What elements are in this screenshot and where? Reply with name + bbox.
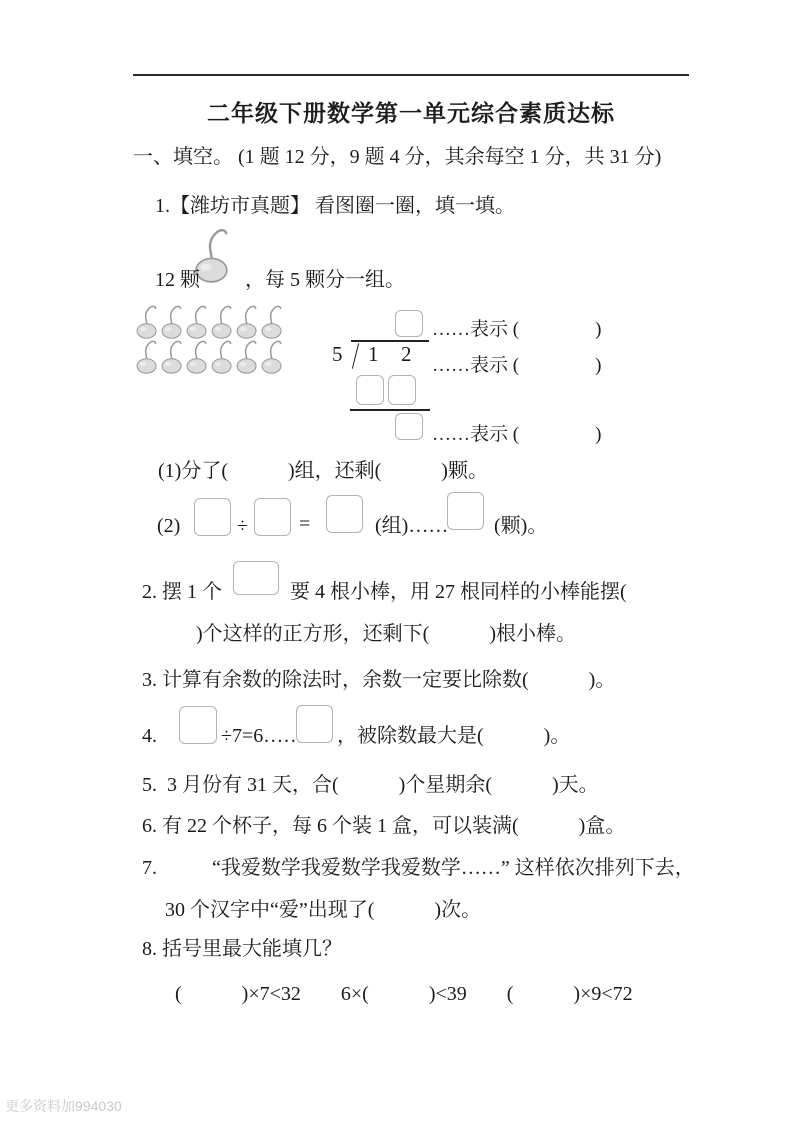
worksheet-page: 二年级下册数学第一单元综合素质达标 一、填空。 (1 题 12 分，9 题 4 … xyxy=(0,0,793,1122)
q2-line2: )个这样的正方形，还剩下( )根小棒。 xyxy=(196,622,576,647)
cherry-icon xyxy=(160,338,185,374)
q7-line2: 30 个汉字中“爱”出现了( )次。 xyxy=(165,898,481,923)
q1-stem-prefix: 12 颗 xyxy=(155,268,200,293)
q4-pre: 4. xyxy=(142,724,157,749)
cherry-icon xyxy=(185,338,210,374)
q2-line1-post: 要 4 根小棒，用 27 根同样的小棒能摆( xyxy=(290,580,627,605)
subtraction-rule xyxy=(350,409,430,411)
group-unit-label: (组)…… xyxy=(375,514,448,539)
piece-unit-label: (颗)。 xyxy=(494,514,547,539)
cherry-icon xyxy=(260,303,285,339)
divide-sign: ÷ xyxy=(237,514,248,539)
cherry-icon xyxy=(185,303,210,339)
quotient-input-box[interactable] xyxy=(326,495,363,533)
remainder-box[interactable] xyxy=(395,413,423,440)
remainder-label: ……表示 ( ) xyxy=(432,419,601,446)
cherry-icon xyxy=(210,338,235,374)
q4-post: ，被除数最大是( )。 xyxy=(337,724,570,749)
watermark-text: 更多资料加994030 xyxy=(5,1096,122,1116)
cherry-grid xyxy=(135,303,285,374)
header-rule xyxy=(133,74,689,76)
q2-line1-pre: 2. 摆 1 个 xyxy=(142,580,222,605)
cherry-row xyxy=(135,338,285,374)
q8-text: 8. 括号里最大能填几？ xyxy=(142,937,342,962)
equals-sign: = xyxy=(299,512,310,537)
cherry-icon xyxy=(235,338,260,374)
cherry-icon xyxy=(210,303,235,339)
cherry-icon xyxy=(160,303,185,339)
division-vinculum xyxy=(351,340,429,342)
q7-number: 7. xyxy=(142,856,157,881)
remainder-input-box[interactable] xyxy=(447,492,484,530)
q8-expressions: ( )×7<32 6×( )<39 ( )×9<72 xyxy=(175,982,633,1007)
q4-remainder-box[interactable] xyxy=(296,705,333,743)
dividend-tens: 1 xyxy=(368,344,379,365)
quotient-box[interactable] xyxy=(395,310,423,337)
product-ones-box[interactable] xyxy=(388,375,416,405)
page-title: 二年级下册数学第一单元综合素质达标 xyxy=(133,95,689,128)
cherry-icon xyxy=(235,303,260,339)
q1-sub1: (1)分了( )组，还剩( )颗。 xyxy=(158,459,488,484)
q7-line1: “我爱数学我爱数学我爱数学……” 这样依次排列下去， xyxy=(212,856,695,881)
divisor-input-box[interactable] xyxy=(254,498,291,536)
division-bracket xyxy=(352,343,359,368)
square-shape-box xyxy=(233,561,279,595)
q1-stem-suffix: ，每 5 颗分一组。 xyxy=(245,268,405,293)
cherry-icon xyxy=(135,338,160,374)
q1-sub2-prefix: (2) xyxy=(157,514,180,539)
q4-mid: ÷7=6…… xyxy=(221,724,303,749)
dividend-label: ……表示 ( ) xyxy=(432,350,601,377)
q3-text: 3. 计算有余数的除法时，余数一定要比除数( )。 xyxy=(142,668,615,693)
q1-prompt: 1.【潍坊市真题】 看图圈一圈，填一填。 xyxy=(155,194,515,219)
divisor: 5 xyxy=(332,344,343,365)
cherry-icon xyxy=(260,338,285,374)
dividend-input-box[interactable] xyxy=(194,498,231,536)
dividend-ones: 2 xyxy=(401,344,412,365)
cherry-row xyxy=(135,303,285,339)
quotient-label: ……表示 ( ) xyxy=(432,314,601,341)
cherry-icon xyxy=(135,303,160,339)
section-heading: 一、填空。 (1 题 12 分，9 题 4 分，其余每空 1 分，共 31 分) xyxy=(133,145,661,170)
q5-text: 5. 3 月份有 31 天，合( )个星期余( )天。 xyxy=(142,773,599,798)
product-tens-box[interactable] xyxy=(356,375,384,405)
q4-dividend-box[interactable] xyxy=(179,706,217,744)
q6-text: 6. 有 22 个杯子，每 6 个装 1 盒，可以装满( )盒。 xyxy=(142,814,625,839)
